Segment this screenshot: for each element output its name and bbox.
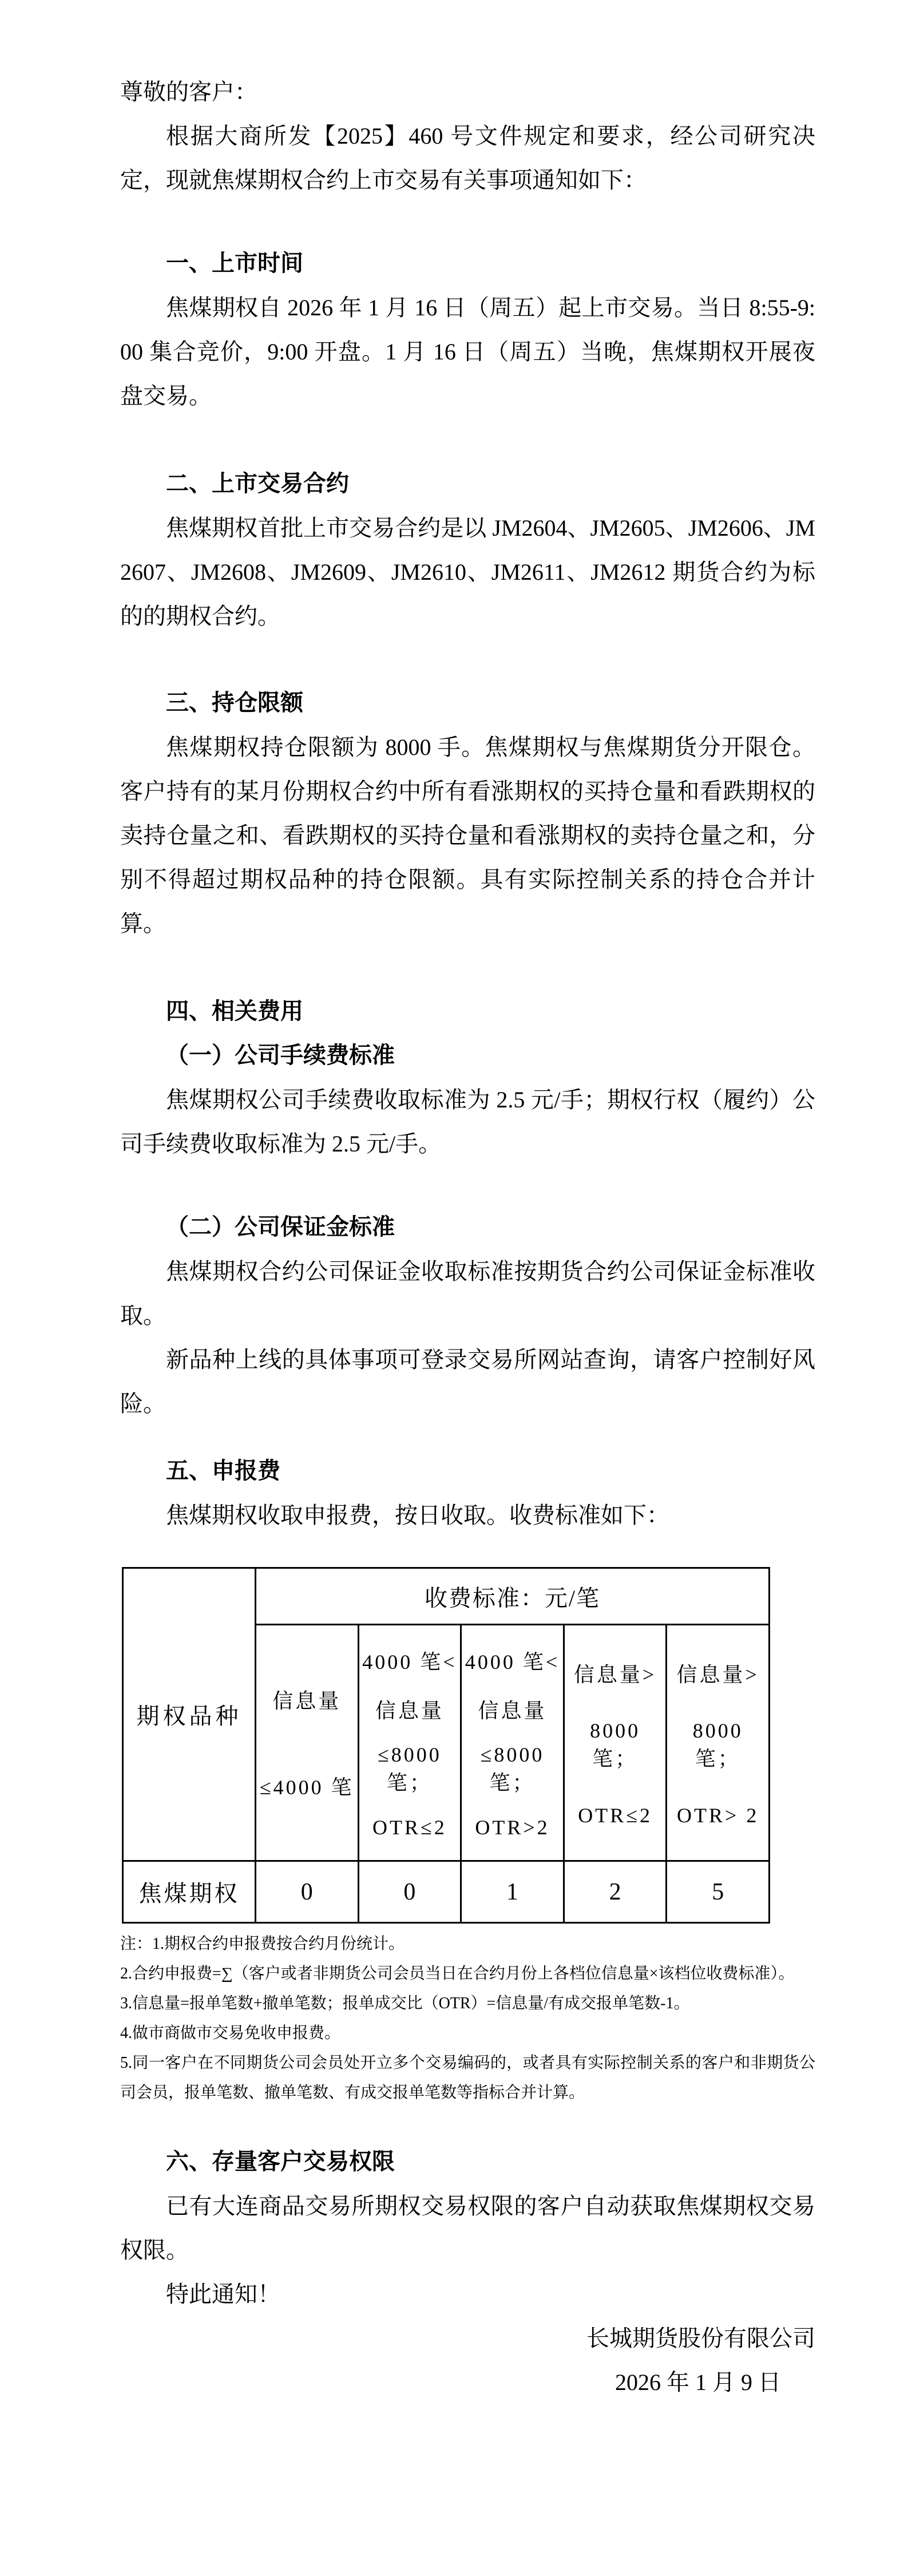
fee-tier-2-line: 信息量 [375,1695,444,1724]
fee-tier-5-cell: 信息量> 8000 笔； OTR> 2 [667,1625,770,1861]
fee-tier-4-line: 信息量> [574,1659,656,1688]
fee-tier-5-line: OTR> 2 [677,1803,759,1827]
table-fee-standard-header-cell: 收费标准：元/笔 [256,1568,770,1625]
fee-tier-4-cell: 信息量> 8000 笔； OTR≤2 [564,1625,667,1861]
declaration-fee-table: 期权品种 收费标准：元/笔 信息量 ≤4000 笔 4000 笔< 信息量 [122,1567,770,1924]
table-note: 3.信息量=报单笔数+撤单笔数；报单成交比（OTR）=信息量/有成交报单笔数-1… [120,1989,815,2019]
salutation: 尊敬的客户： [120,70,815,114]
section-4-sub-2-body: 焦煤期权合约公司保证金收取标准按期货合约公司保证金标准收取。 [120,1249,815,1338]
fee-tier-1-cell: 信息量 ≤4000 笔 [256,1625,359,1861]
section-1-body: 焦煤期权自 2026 年 1 月 16 日（周五）起上市交易。当日 8:55-9… [120,286,815,418]
section-4-sub-1-heading: （一）公司手续费标准 [120,1034,815,1078]
section-4-heading: 四、相关费用 [120,990,815,1034]
section-1-heading: 一、上市时间 [120,242,815,286]
section-6-heading: 六、存量客户交易权限 [120,2140,815,2184]
fee-value-cell: 2 [564,1861,667,1923]
fee-tier-1-line: 信息量 [272,1685,341,1714]
notice-content: 尊敬的客户： 根据大商所发【2025】460 号文件规定和要求，经公司研究决定，… [120,0,815,2404]
fee-tier-4-line: 8000 笔； [565,1719,666,1772]
section-3-heading: 三、持仓限额 [120,681,815,725]
section-2-heading: 二、上市交易合约 [120,462,815,506]
table-note: 4.做市商做市交易免收申报费。 [120,2019,815,2048]
fee-value-cell: 0 [358,1861,461,1923]
fee-tier-3-line: 信息量 [478,1695,546,1724]
table-note: 5.同一客户在不同期货公司会员处开立多个交易编码的，或者具有实际控制关系的客户和… [120,2048,815,2108]
notice-date: 2026 年 1 月 9 日 [120,2360,815,2404]
section-4-sub-2-heading: （二）公司保证金标准 [120,1205,815,1249]
fee-tier-2-cell: 4000 笔< 信息量 ≤8000 笔； OTR≤2 [358,1625,461,1861]
section-4-sub-2-extra: 新品种上线的具体事项可登录交易所网站查询，请客户控制好风险。 [120,1338,815,1426]
fee-tier-3-cell: 4000 笔< 信息量 ≤8000 笔； OTR>2 [461,1625,564,1861]
fee-tier-2-line: OTR≤2 [372,1815,447,1839]
closing-line: 特此通知！ [120,2272,815,2316]
table-product-header-cell: 期权品种 [123,1568,256,1861]
table-note: 2.合约申报费=∑（客户或者非期货公司会员当日在合约月份上各档位信息量×该档位收… [120,1959,815,1989]
fee-value-cell: 0 [256,1861,359,1923]
section-5-heading: 五、申报费 [120,1449,815,1493]
product-name-cell: 焦煤期权 [123,1861,256,1923]
table-header-row-1: 期权品种 收费标准：元/笔 [123,1568,770,1625]
fee-value-cell: 5 [667,1861,770,1923]
intro-paragraph: 根据大商所发【2025】460 号文件规定和要求，经公司研究决定，现就焦煤期权合… [120,114,815,202]
table-notes: 注：1.期权合约申报费按合约月份统计。 2.合约申报费=∑（客户或者非期货公司会… [120,1929,815,2108]
table-data-row: 焦煤期权 0 0 1 2 5 [123,1861,770,1923]
section-5-body: 焦煤期权收取申报费，按日收取。收费标准如下： [120,1493,815,1537]
fee-tier-3-line: OTR>2 [475,1815,549,1839]
fee-value-cell: 1 [461,1861,564,1923]
section-4-sub-1-body: 焦煤期权公司手续费收取标准为 2.5 元/手；期权行权（履约）公司手续费收取标准… [120,1078,815,1166]
fee-tier-4-line: OTR≤2 [578,1803,652,1827]
fee-tier-3-line: 4000 笔< [465,1646,560,1675]
fee-tier-5-line: 8000 笔； [667,1719,768,1772]
section-3-body: 焦煤期权持仓限额为 8000 手。焦煤期权与焦煤期货分开限仓。客户持有的某月份期… [120,725,815,945]
company-signature: 长城期货股份有限公司 [120,2316,815,2360]
section-6-body: 已有大连商品交易所期权交易权限的客户自动获取焦煤期权交易权限。 [120,2184,815,2272]
section-2-body: 焦煤期权首批上市交易合约是以 JM2604、JM2605、JM2606、JM26… [120,506,815,638]
table-note: 注：1.期权合约申报费按合约月份统计。 [120,1929,815,1959]
notice-page: 尊敬的客户： 根据大商所发【2025】460 号文件规定和要求，经公司研究决定，… [0,0,908,2576]
fee-tier-3-line: ≤8000 笔； [462,1743,563,1796]
fee-tier-5-line: 信息量> [677,1659,759,1688]
fee-tier-2-line: ≤8000 笔； [359,1743,461,1796]
fee-tier-2-line: 4000 笔< [362,1646,457,1675]
fee-tier-1-line: ≤4000 笔 [260,1771,354,1801]
